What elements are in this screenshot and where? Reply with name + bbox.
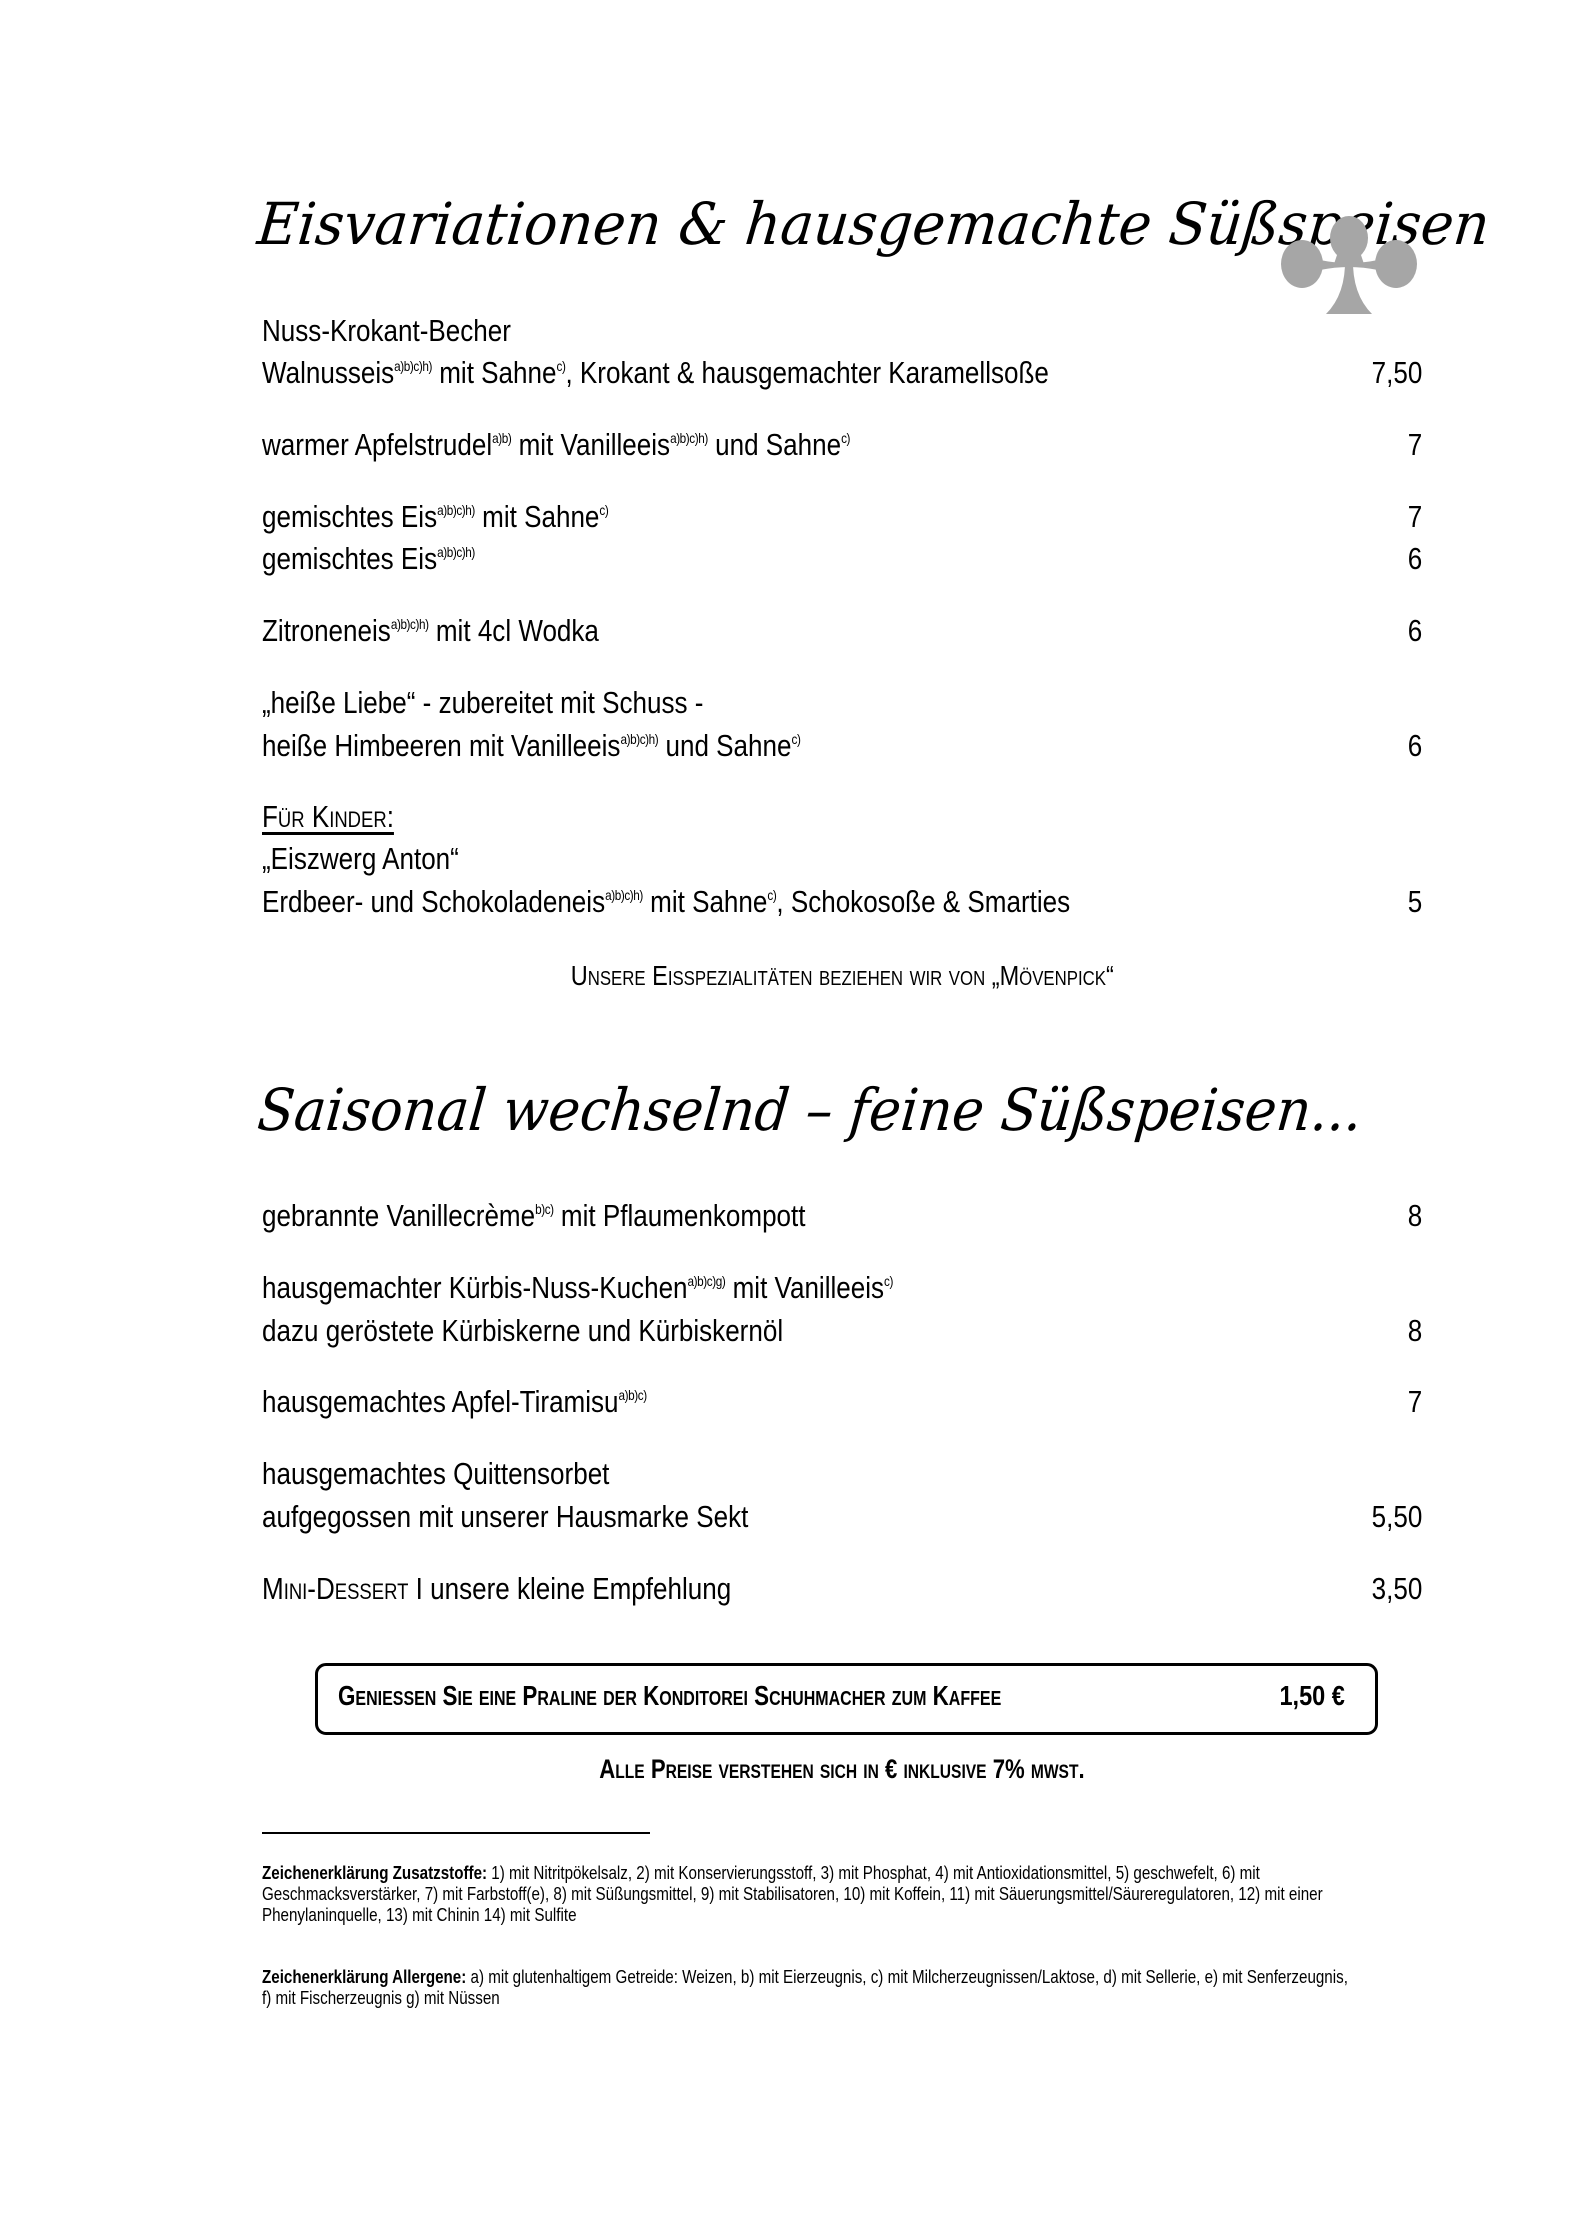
menu-item-price: 7 <box>1408 425 1422 465</box>
allergen-marker: a)b)c)h) <box>670 430 708 446</box>
menu-item-name: „Eiszwerg Anton“ <box>262 839 1422 879</box>
menu-item-text: warmer Apfelstrudela)b) mit Vanilleeisa)… <box>262 425 850 470</box>
menu-item-name: Nuss-Krokant-Becher <box>262 311 1422 351</box>
menu-item-line: Erdbeer- und Schokoladeneisa)b)c)h) mit … <box>262 882 1422 922</box>
menu-item-price: 7 <box>1408 497 1422 537</box>
allergen-marker: a)b)c)h) <box>394 358 432 374</box>
menu-item-line: hausgemachtes Quittensorbet <box>262 1454 1422 1494</box>
allergen-marker: a)b)c)h) <box>437 502 475 518</box>
allergen-marker: a)b)c)h) <box>620 731 658 747</box>
menu-item-name: „heiße Liebe“ - zubereitet mit Schuss - <box>262 683 1422 723</box>
menu-item-line: hausgemachtes Apfel-Tiramisua)b)c)7 <box>262 1382 1422 1422</box>
section-heading-seasonal-desserts: Saisonal wechselnd – feine Süßspeisen... <box>255 1076 1366 1144</box>
kids-label: Für Kinder: <box>262 799 394 834</box>
allergen-marker: a)b) <box>492 430 511 446</box>
footnote-allergens-label: Zeichenerklärung Allergene: <box>262 1966 466 1987</box>
menu-item-line: gemischtes Eisa)b)c)h)6 <box>262 539 1422 579</box>
menu-item-text: gebrannte Vanillecrèmeb)c) mit Pflaumenk… <box>262 1196 806 1241</box>
allergen-marker: a)b)c)h) <box>605 887 643 903</box>
menu-item-text: heiße Himbeeren mit Vanilleeisa)b)c)h) u… <box>262 726 800 771</box>
allergen-marker: a)b)c) <box>619 1387 647 1403</box>
menu-item-text: Mini-Dessert I unsere kleine Empfehlung <box>262 1569 731 1609</box>
menu-item-line: Mini-Dessert I unsere kleine Empfehlung3… <box>262 1569 1422 1609</box>
footnote-divider <box>262 1832 650 1834</box>
allergen-marker: a)b)c)h) <box>437 544 475 560</box>
footnote-allergens: Zeichenerklärung Allergene: a) mit glute… <box>262 1966 1361 2008</box>
menu-item-line: warmer Apfelstrudela)b) mit Vanilleeisa)… <box>262 425 1422 465</box>
menu-item-text: Erdbeer- und Schokoladeneisa)b)c)h) mit … <box>262 882 1070 927</box>
allergen-marker: c) <box>599 502 608 518</box>
menu-item-line: Walnusseisa)b)c)h) mit Sahnec), Krokant … <box>262 353 1422 393</box>
menu-item-text: dazu geröstete Kürbiskerne und Kürbisker… <box>262 1311 783 1351</box>
menu-item-price: 7 <box>1408 1382 1422 1422</box>
menu-item-price: 8 <box>1408 1311 1422 1351</box>
footnote-additives: Zeichenerklärung Zusatzstoffe: 1) mit Ni… <box>262 1862 1361 1925</box>
menu-item-text: Für Kinder: <box>262 797 394 837</box>
menu-item-price: 7,50 <box>1371 353 1422 393</box>
allergen-marker: c) <box>841 430 850 446</box>
menu-item-price: 6 <box>1408 539 1422 579</box>
allergen-marker: c) <box>884 1273 893 1289</box>
allergen-marker: a)b)c)h) <box>391 616 429 632</box>
menu-item-line: gebrannte Vanillecrèmeb)c) mit Pflaumenk… <box>262 1196 1422 1236</box>
menu-item-line: Zitroneneisa)b)c)h) mit 4cl Wodka6 <box>262 611 1422 651</box>
menu-item-price: 5,50 <box>1371 1497 1422 1537</box>
menu-item-line: heiße Himbeeren mit Vanilleeisa)b)c)h) u… <box>262 726 1422 766</box>
allergen-marker: c) <box>556 358 565 374</box>
menu-item-text: Nuss-Krokant-Becher <box>262 311 511 351</box>
menu-item-line: aufgegossen mit unserer Hausmarke Sekt5,… <box>262 1497 1422 1537</box>
kids-section-label: Für Kinder: <box>262 797 1422 837</box>
menu-item-text: „heiße Liebe“ - zubereitet mit Schuss - <box>262 683 703 723</box>
menu-item-price: 5 <box>1408 882 1422 922</box>
menu-item-price: 6 <box>1408 726 1422 766</box>
menu-item-text: Walnusseisa)b)c)h) mit Sahnec), Krokant … <box>262 353 1049 398</box>
menu-item-text: hausgemachtes Quittensorbet <box>262 1454 609 1494</box>
menu-item-line: hausgemachter Kürbis-Nuss-Kuchena)b)c)g)… <box>262 1268 1422 1308</box>
praline-offer-price: 1,50 € <box>1280 1680 1345 1712</box>
footnote-additives-label: Zeichenerklärung Zusatzstoffe: <box>262 1862 487 1883</box>
allergen-marker: a)b)c)g) <box>688 1273 726 1289</box>
menu-item-text: hausgemachter Kürbis-Nuss-Kuchena)b)c)g)… <box>262 1268 893 1313</box>
menu-item-text: „Eiszwerg Anton“ <box>262 839 459 879</box>
menu-item-line: dazu geröstete Kürbiskerne und Kürbisker… <box>262 1311 1422 1351</box>
menu-item-price: 8 <box>1408 1196 1422 1236</box>
menu-item-text: aufgegossen mit unserer Hausmarke Sekt <box>262 1497 748 1537</box>
prices-note: Alle Preise verstehen sich in € inklusiv… <box>262 1754 1422 1785</box>
menu-item-text: gemischtes Eisa)b)c)h) <box>262 539 475 584</box>
allergen-marker: c) <box>767 887 776 903</box>
menu-item-text: gemischtes Eisa)b)c)h) mit Sahnec) <box>262 497 608 542</box>
praline-offer-box: Genießen Sie eine Praline der Konditorei… <box>315 1663 1378 1735</box>
allergen-marker: b)c) <box>535 1201 554 1217</box>
menu-item-line: gemischtes Eisa)b)c)h) mit Sahnec)7 <box>262 497 1422 537</box>
allergen-marker: c) <box>791 731 800 747</box>
praline-offer-text: Genießen Sie eine Praline der Konditorei… <box>338 1680 1001 1712</box>
supplier-note: Unsere Eisspezialitäten beziehen wir von… <box>262 958 1422 994</box>
menu-item-text: Zitroneneisa)b)c)h) mit 4cl Wodka <box>262 611 599 656</box>
club-suit-icon <box>1280 214 1418 314</box>
menu-item-price: 6 <box>1408 611 1422 651</box>
menu-item-text: hausgemachtes Apfel-Tiramisua)b)c) <box>262 1382 647 1427</box>
menu-item-price: 3,50 <box>1371 1569 1422 1609</box>
